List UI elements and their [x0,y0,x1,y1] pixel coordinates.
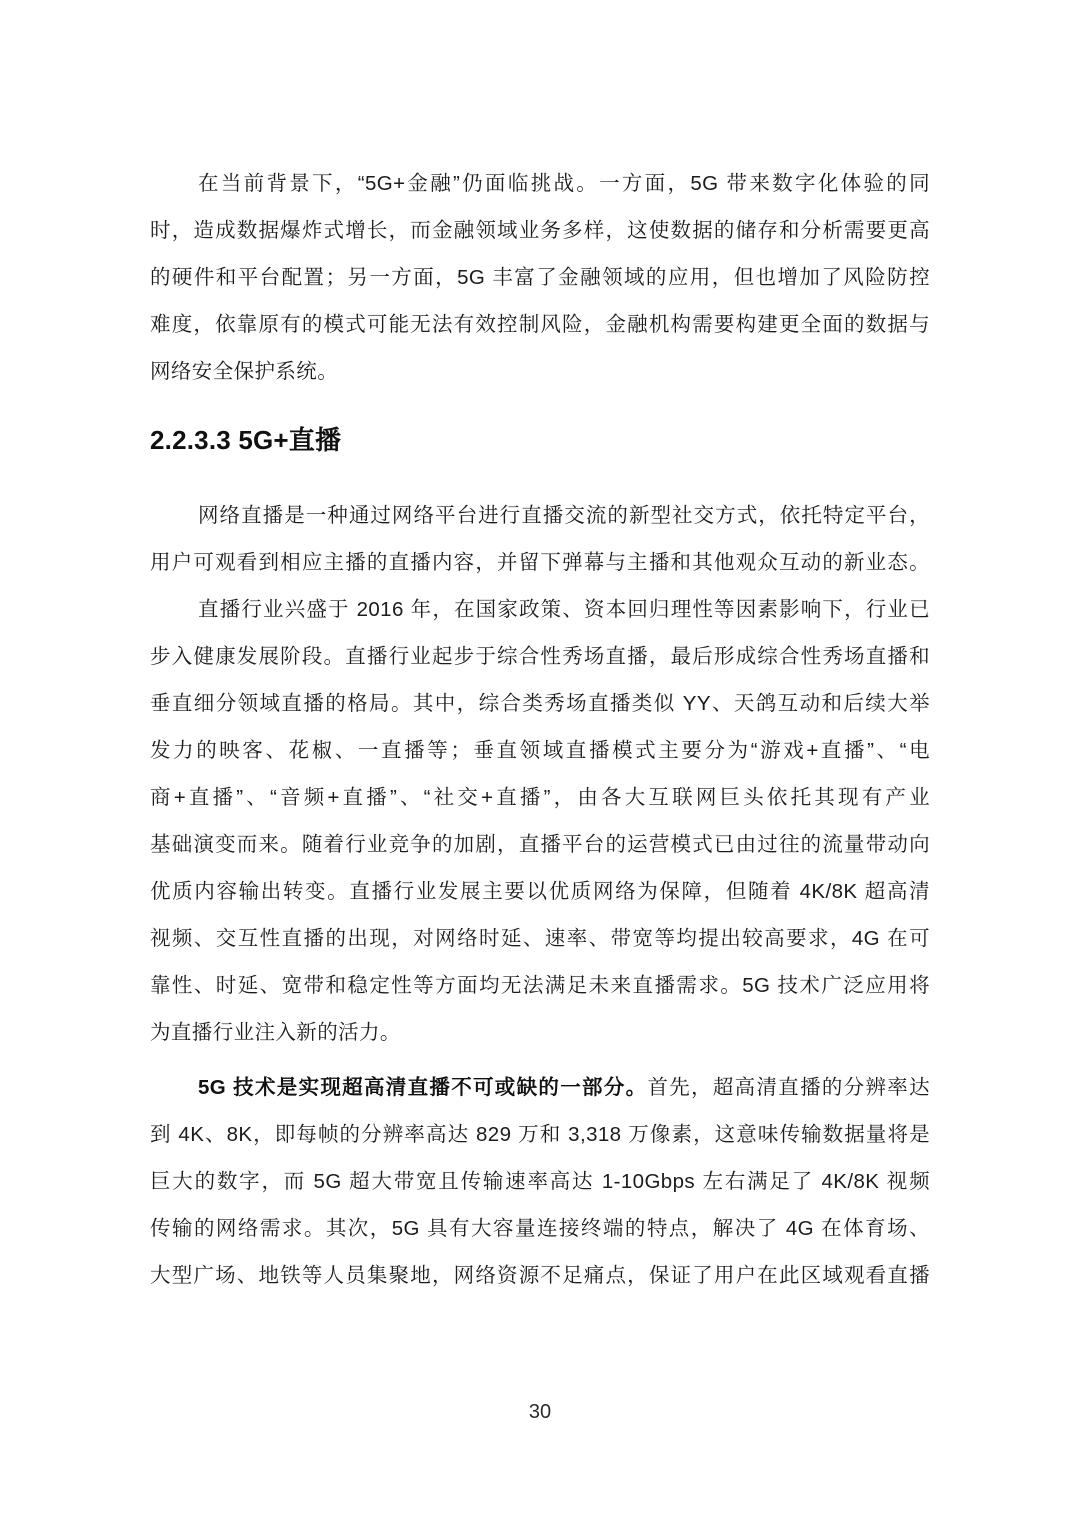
body-line: 网络安全保护系统。 [150,348,930,395]
body-line: 大型广场、地铁等人员集聚地，网络资源不足痛点，保证了用户在此区域观看直播 [150,1252,930,1299]
bold-lead-sentence: 5G 技术是实现超高清直播不可或缺的一部分。 [198,1076,647,1099]
body-line: 优质内容输出转变。直播行业发展主要以优质网络为保障，但随着 4K/8K 超高清 [150,868,930,915]
body-line: 直播行业兴盛于 2016 年，在国家政策、资本回归理性等因素影响下，行业已 [150,586,930,633]
paragraph-livestream-definition: 网络直播是一种通过网络平台进行直播交流的新型社交方式，依托特定平台， 用户可观看… [150,492,930,586]
body-line: 难度，依靠原有的模式可能无法有效控制风险，金融机构需要构建更全面的数据与 [150,301,930,348]
body-line: 基础演变而来。随着行业竞争的加剧，直播平台的运营模式已由过往的流量带动向 [150,821,930,868]
body-line: 5G 技术是实现超高清直播不可或缺的一部分。首先，超高清直播的分辨率达 [150,1064,930,1111]
body-line: 传输的网络需求。其次，5G 具有大容量连接终端的特点，解决了 4G 在体育场、 [150,1205,930,1252]
body-line: 视频、交互性直播的出现，对网络时延、速率、带宽等均提出较高要求，4G 在可 [150,915,930,962]
paragraph-5g-finance-challenges: 在当前背景下，“5G+金融”仍面临挑战。一方面，5G 带来数字化体验的同 时，造… [150,160,930,395]
body-line: 网络直播是一种通过网络平台进行直播交流的新型社交方式，依托特定平台， [150,492,930,539]
body-line: 用户可观看到相应主播的直播内容，并留下弹幕与主播和其他观众互动的新业态。 [150,539,930,586]
body-line: 为直播行业注入新的活力。 [150,1009,930,1056]
body-line: 时，造成数据爆炸式增长，而金融领域业务多样，这使数据的储存和分析需要更高 [150,207,930,254]
body-line: 在当前背景下，“5G+金融”仍面临挑战。一方面，5G 带来数字化体验的同 [150,160,930,207]
body-text: 首先，超高清直播的分辨率达 [647,1076,930,1099]
body-line: 到 4K、8K，即每帧的分辨率高达 829 万和 3,318 万像素，这意味传输… [150,1111,930,1158]
document-content: 在当前背景下，“5G+金融”仍面临挑战。一方面，5G 带来数字化体验的同 时，造… [150,160,930,1299]
body-line: 靠性、时延、宽带和稳定性等方面均无法满足未来直播需求。5G 技术广泛应用将 [150,962,930,1009]
body-line: 商+直播”、“音频+直播”、“社交+直播”，由各大互联网巨头依托其现有产业 [150,774,930,821]
page-number: 30 [0,1398,1080,1426]
document-page: 在当前背景下，“5G+金融”仍面临挑战。一方面，5G 带来数字化体验的同 时，造… [0,0,1080,1528]
body-line: 的硬件和平台配置；另一方面，5G 丰富了金融领域的应用，但也增加了风险防控 [150,254,930,301]
body-line: 巨大的数字，而 5G 超大带宽且传输速率高达 1-10Gbps 左右满足了 4K… [150,1158,930,1205]
body-line: 步入健康发展阶段。直播行业起步于综合性秀场直播，最后形成综合性秀场直播和 [150,633,930,680]
paragraph-5g-uhd-livestream: 5G 技术是实现超高清直播不可或缺的一部分。首先，超高清直播的分辨率达 到 4K… [150,1064,930,1299]
section-heading-5g-livestream: 2.2.3.3 5G+直播 [150,417,930,464]
body-line: 发力的映客、花椒、一直播等；垂直领域直播模式主要分为“游戏+直播”、“电 [150,727,930,774]
paragraph-livestream-industry-history: 直播行业兴盛于 2016 年，在国家政策、资本回归理性等因素影响下，行业已 步入… [150,586,930,1056]
body-line: 垂直细分领域直播的格局。其中，综合类秀场直播类似 YY、天鸽互动和后续大举 [150,680,930,727]
